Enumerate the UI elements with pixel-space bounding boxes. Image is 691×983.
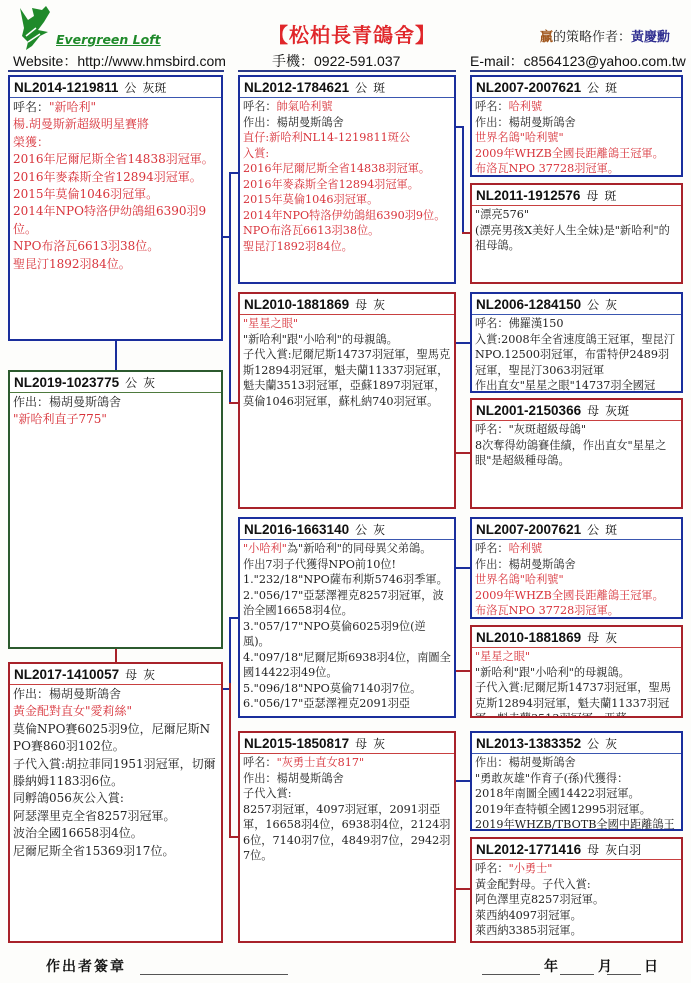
card-text: 波治全國16658羽4位。 (13, 826, 143, 840)
card-line: 楊.胡曼斯新超級明星賽將 (13, 116, 218, 133)
card-text: 呼名： (475, 862, 509, 875)
card-line: 2016年麥森斯全省12894羽冠軍。 (243, 177, 451, 193)
card-text: 聖昆汀1892羽84位。 (13, 257, 131, 271)
card-text: 2009年WHZB全國長距離鴿王冠軍。 (475, 589, 664, 602)
card-text: 莫倫NPO賽6025羽9位，尼爾尼斯NPO賽860羽102位。 (13, 722, 210, 753)
card-text: NPO布洛瓦6613羽38位。 (243, 224, 379, 237)
year-label: 年 (544, 956, 560, 976)
card-line: 作出：楊胡曼斯鴿舍 (475, 755, 678, 771)
card-line: 3."057/17"NPO莫倫6025羽9位(逆風)。 (243, 619, 451, 650)
card-line: 直仔:新哈利NL14-1219811斑公 (243, 130, 451, 146)
card-line: 6."056/17"亞瑟澤裡克2091羽亞 (243, 696, 451, 712)
card-line: 作出直女"星星之眼"14737羽全國冠 (475, 378, 678, 393)
card-header: NL2019-1023775公灰 (10, 372, 221, 393)
card-line: NPO布洛瓦6613羽38位。 (243, 223, 451, 239)
card-text: "漂亮576" (475, 208, 529, 221)
card-body: 作出：楊胡曼斯鴿舍黃金配對直女"愛莉絲"莫倫NPO賽6025羽9位，尼爾尼斯NP… (10, 685, 221, 861)
card-body: 作出：楊胡曼斯鴿舍"新哈利直子775" (10, 393, 221, 430)
card-line: 作出：楊胡曼斯鴿舍 (13, 686, 218, 703)
card-line: 呼名："灰勇士直女817" (243, 755, 451, 771)
card-text: 世界名鴿"哈利號" (475, 131, 564, 144)
card-text: 1."232/18"NPO薩布利斯5746羽季軍。 (243, 573, 448, 586)
card-line: 子代入賞:胡拉菲同1951羽冠軍，切爾滕納姆1183羽6位。 (13, 756, 218, 791)
card-body: 呼名："小勇士"黃金配對母。子代入賞:阿色澤里克8257羽冠軍。萊西納4097羽… (472, 860, 681, 940)
card-text: "新哈利"跟"小哈利"的母親鴿。 (475, 666, 630, 679)
card-text: 阿色澤里克8257羽冠軍。 (475, 893, 604, 906)
color-label: 斑 (604, 189, 616, 203)
author-name: 黃慶勳 (631, 30, 670, 45)
card-line: 8257羽冠軍，4097羽冠軍，2091羽亞軍，16658羽4位，6938羽4位… (243, 802, 451, 864)
card-line: 2009年WHZB全國長距離鴿王冠軍。 (475, 146, 678, 162)
card-header: NL2016-1663140公灰 (240, 519, 454, 540)
color-label: 斑 (373, 81, 385, 95)
color-label: 灰白羽 (605, 843, 641, 857)
ring-number: NL2016-1663140 (244, 522, 349, 537)
ring-number: NL2013-1383352 (476, 736, 581, 751)
card-text: "新哈利直子775" (13, 412, 107, 426)
card-line: 同孵鴿056灰公入賞: (13, 790, 218, 807)
card-text: 布洛瓦NPO 37728羽冠軍。 (475, 162, 619, 175)
sex-label: 公 (587, 81, 599, 95)
sex-label: 公 (124, 81, 136, 95)
ring-number: NL2012-1784621 (244, 80, 349, 95)
card-text: 呼名："灰斑超級母鴿" (475, 423, 586, 436)
pedigree-card-sire-sire: NL2012-1784621公斑 呼名：帥氣哈利號作出：楊胡曼斯鴿舍直仔:新哈利… (238, 75, 456, 284)
pedigree-card-mother: NL2017-1410057母灰 作出：楊胡曼斯鴿舍黃金配對直女"愛莉絲"莫倫N… (8, 662, 223, 943)
card-text: 作出：楊胡曼斯鴿舍 (13, 687, 121, 701)
connector-line (229, 836, 238, 838)
card-line: 呼名：哈利號 (475, 99, 678, 115)
card-line: 1."232/18"NPO薩布利斯5746羽季軍。 (243, 572, 451, 588)
sex-label: 母 (586, 189, 598, 203)
card-header: NL2007-2007621公斑 (472, 519, 681, 540)
pedigree-card-sire-dam: NL2010-1881869母灰 "星星之眼""新哈利"跟"小哈利"的母親鴿。子… (238, 292, 456, 509)
card-line: 5."096/18"NPO莫倫7140羽7位。 (243, 681, 451, 697)
card-header: NL2001-2150366母灰斑 (472, 400, 681, 421)
card-header: NL2013-1383352公灰 (472, 733, 681, 754)
card-line: (漂亮男孩X美好人生全妹)是"新哈利"的祖母鴿。 (475, 223, 678, 254)
card-text: 作出：楊胡曼斯鴿舍 (475, 756, 576, 769)
card-header: NL2010-1881869母灰 (240, 294, 454, 315)
card-line: "漂亮576" (475, 207, 678, 223)
connector-line (229, 172, 231, 404)
card-text: 尼爾尼斯全省15369羽17位。 (13, 844, 174, 858)
card-body: 呼名："灰斑超級母鴿"8次奪得幼鴿賽佳績，作出直女"星星之眼"是超級種母鴿。 (472, 421, 681, 470)
card-line: 2015年莫倫1046羽冠軍。 (243, 192, 451, 208)
card-line: 阿瑟澤里克全省8257羽冠軍。 (13, 808, 218, 825)
card-text: 2015年莫倫1046羽冠軍。 (243, 193, 378, 206)
author-label: 的策略作者： (553, 30, 631, 45)
color-label: 灰 (373, 298, 385, 312)
card-line: 波治全國16658羽4位。 (13, 825, 218, 842)
connector-line (455, 888, 470, 890)
card-text: 作出直女"星星之眼"14737羽全國冠 (475, 379, 655, 392)
ring-number: NL2001-2150366 (476, 403, 581, 418)
card-line: "新哈利直子775" (13, 411, 218, 428)
color-label: 斑 (605, 523, 617, 537)
card-text: 3."057/17"NPO莫倫6025羽9位(逆風)。 (243, 620, 426, 649)
ring-number: NL2007-2007621 (476, 522, 581, 537)
card-text-highlight: 哈利號 (509, 542, 543, 555)
card-text-highlight: "灰勇士直女817" (277, 756, 365, 769)
color-label: 灰 (373, 737, 385, 751)
card-text: 榮獲： (13, 135, 49, 149)
ring-number: NL2006-1284150 (476, 297, 581, 312)
card-text: 阿瑟澤里克全省8257羽冠軍。 (13, 809, 176, 823)
card-line: 世界名鴿"哈利號" (475, 572, 678, 588)
card-text: 2015年莫倫1046羽冠軍。 (13, 187, 158, 201)
card-line: 呼名："小勇士" (475, 861, 678, 877)
card-text: 黃金配對直女"愛莉絲" (13, 704, 132, 718)
connector-line (115, 340, 117, 370)
card-line: 尼爾尼斯全省15369羽17位。 (13, 843, 218, 860)
card-body: 作出：楊胡曼斯鴿舍"勇敢灰雄"作育子(孫)代獲得：2018年南圖全國14422羽… (472, 754, 681, 831)
sex-label: 公 (355, 523, 367, 537)
connector-line (462, 126, 464, 234)
card-body: "小哈利"為"新哈利"的同母異父弟鴿。作出7羽子代獲得NPO前10位!1."23… (240, 540, 454, 713)
ring-number: NL2012-1771416 (476, 842, 581, 857)
card-header: NL2017-1410057母灰 (10, 664, 221, 685)
card-text: 2016年尼爾尼斯全省14838羽冠軍。 (13, 152, 214, 166)
website-text[interactable]: Website：http://www.hmsbird.com (13, 51, 226, 71)
card-text: 2014年NPO特洛伊幼鴿組6390羽9位。 (13, 204, 206, 235)
color-label: 灰 (143, 668, 155, 682)
card-text: 世界名鴿"哈利號" (475, 573, 564, 586)
card-text: 入賞: (243, 147, 269, 160)
card-text: 呼名： (475, 100, 509, 113)
sex-label: 公 (587, 523, 599, 537)
card-line: 呼名：佛羅漢150 (475, 316, 678, 332)
card-text: 2019年查特頓全國12995羽冠軍。 (475, 803, 651, 816)
card-text: 子代入賞:胡拉菲同1951羽冠軍，切爾滕納姆1183羽6位。 (13, 757, 216, 788)
card-text: 呼名： (243, 100, 277, 113)
color-label: 灰斑 (142, 81, 166, 95)
pedigree-card-mmm: NL2012-1771416母灰白羽 呼名："小勇士"黃金配對母。子代入賞:阿色… (470, 837, 683, 943)
ring-number: NL2015-1850817 (244, 736, 349, 751)
card-text: 呼名： (475, 542, 509, 555)
sex-label: 母 (587, 631, 599, 645)
card-line: 呼名："灰斑超級母鴿" (475, 422, 678, 438)
sex-label: 公 (587, 298, 599, 312)
signature-field[interactable] (140, 974, 288, 975)
card-line: "星星之眼" (243, 316, 451, 332)
card-header: NL2011-1912576母斑 (472, 185, 681, 206)
header-divider (8, 70, 224, 72)
color-label: 斑 (605, 81, 617, 95)
card-line: 4."097/18"尼爾尼斯6938羽4位，南圖全國14422羽49位。 (243, 650, 451, 681)
card-line: 作出：楊胡曼斯鴿舍 (13, 394, 218, 411)
card-text: 子代入賞:尼爾尼斯14737羽冠軍，聖馬克斯12894羽冠軍，魁夫蘭11337羽… (243, 348, 450, 408)
connector-line (229, 617, 238, 619)
card-text: 2019年WHZB/TBOTB全國中距離鴿王 (475, 818, 675, 831)
card-line: 黃金配對母。子代入賞: (475, 877, 678, 893)
sex-label: 母 (125, 668, 137, 682)
card-body: 呼名：哈利號作出：楊胡曼斯鴿舍世界名鴿"哈利號"2009年WHZB全國長距離鴿王… (472, 540, 681, 619)
sex-label: 母 (587, 404, 599, 418)
card-line: 2014年NPO特洛伊幼鴿組6390羽9位。 (243, 208, 451, 224)
dove-logo-icon (14, 6, 58, 56)
card-line: 作出：楊胡曼斯鴿舍 (243, 771, 451, 787)
year-field[interactable] (482, 974, 540, 975)
color-label: 灰 (605, 298, 617, 312)
pedigree-card-mmf: NL2013-1383352公灰 作出：楊胡曼斯鴿舍"勇敢灰雄"作育子(孫)代獲… (470, 731, 683, 831)
card-line: 萊西納4097羽冠軍。 (475, 908, 678, 924)
sex-label: 母 (587, 843, 599, 857)
card-text: 作出：楊胡曼斯鴿舍 (13, 395, 121, 409)
card-text: 黃金配對母。子代入賞: (475, 878, 591, 891)
connector-line (455, 780, 470, 782)
card-line: NPO布洛瓦6613羽38位。 (13, 238, 218, 255)
card-text: 8257羽冠軍，4097羽冠軍，2091羽亞軍，16658羽4位，6938羽4位… (243, 803, 450, 863)
card-text: "小哈利" (243, 542, 287, 555)
ring-number: NL2010-1881869 (476, 630, 581, 645)
card-text: 6."056/17"亞瑟澤裡克2091羽亞 (243, 697, 410, 710)
card-header: NL2006-1284150公灰 (472, 294, 681, 315)
card-line: 8次奪得幼鴿賽佳績，作出直女"星星之眼"是超級種母鴿。 (475, 438, 678, 469)
card-text-highlight: "小勇士" (509, 862, 553, 875)
card-line: 2019年查特頓全國12995羽冠軍。 (475, 802, 678, 818)
card-text: 8次奪得幼鴿賽佳績，作出直女"星星之眼"是超級種母鴿。 (475, 439, 666, 468)
card-line: 2016年尼爾尼斯全省14838羽冠軍。 (243, 161, 451, 177)
card-line: "小哈利"為"新哈利"的同母異父弟鴿。 (243, 541, 451, 557)
card-line: 子代入賞:尼爾尼斯14737羽冠軍，聖馬克斯12894羽冠軍，魁夫蘭11337羽… (475, 680, 678, 718)
signature-label: 作出者簽章 (46, 956, 126, 976)
card-text: 萊西納3385羽冠軍。 (475, 924, 582, 937)
card-text: "星星之眼" (243, 317, 298, 330)
card-line: 2019年WHZB/TBOTB全國中距離鴿王 (475, 817, 678, 831)
card-text: 5."096/18"NPO莫倫7140羽7位。 (243, 682, 421, 695)
pedigree-card-mfm: NL2010-1881869母灰 "星星之眼""新哈利"跟"小哈利"的母親鴿。子… (470, 625, 683, 718)
card-body: 呼名："灰勇士直女817"作出：楊胡曼斯鴿舍子代入賞:8257羽冠軍，4097羽… (240, 754, 454, 865)
card-text: 呼名： (13, 100, 49, 114)
card-line: 作出：楊胡曼斯鴿舍 (475, 115, 678, 131)
sex-label: 公 (355, 81, 367, 95)
card-header: NL2010-1881869母灰 (472, 627, 681, 648)
card-text-highlight: 為"新哈利"的同母異父弟鴿。 (287, 542, 432, 555)
connector-line (115, 648, 117, 662)
connector-line (462, 232, 470, 234)
card-text: 4."097/18"尼爾尼斯6938羽4位，南圖全國14422羽49位。 (243, 651, 451, 680)
card-line: 萊西納3385羽冠軍。 (475, 923, 678, 939)
ring-number: NL2011-1912576 (476, 188, 580, 203)
card-body: 呼名："新哈利"楊.胡曼斯新超級明星賽將榮獲：2016年尼爾尼斯全省14838羽… (10, 98, 221, 274)
card-text: 作出7羽子代獲得NPO前10位! (243, 558, 396, 571)
card-text: 子代入賞: (243, 787, 292, 800)
card-text: 呼名： (243, 756, 277, 769)
card-text: 作出：楊胡曼斯鴿舍 (243, 116, 344, 129)
card-text: 2016年尼爾尼斯全省14838羽冠軍。 (243, 162, 430, 175)
card-line: 黃金配對直女"愛莉絲" (13, 703, 218, 720)
ring-number: NL2019-1023775 (14, 375, 119, 390)
ring-number: NL2014-1219811 (14, 80, 118, 95)
card-line: 2016年尼爾尼斯全省14838羽冠軍。 (13, 151, 218, 168)
color-label: 灰 (143, 376, 155, 390)
pedigree-card-fff: NL2007-2007621公斑 呼名：哈利號作出：楊胡曼斯鴿舍世界名鴿"哈利號… (470, 75, 683, 177)
card-body: 呼名：哈利號作出：楊胡曼斯鴿舍世界名鴿"哈利號"2009年WHZB全國長距離鴿王… (472, 98, 681, 177)
pedigree-card-dam-dam: NL2015-1850817母灰 呼名："灰勇士直女817"作出：楊胡曼斯鴿舍子… (238, 731, 456, 943)
pedigree-card-mff: NL2007-2007621公斑 呼名：哈利號作出：楊胡曼斯鴿舍世界名鴿"哈利號… (470, 517, 683, 619)
card-line: 聖昆汀1892羽84位。 (243, 239, 451, 255)
card-text: "勇敢灰雄"作育子(孫)代獲得： (475, 772, 628, 785)
card-header: NL2015-1850817母灰 (240, 733, 454, 754)
connector-line (229, 402, 238, 404)
card-header: NL2012-1784621公斑 (240, 77, 454, 98)
card-line: 2018年南圖全國14422羽冠軍。 (475, 786, 678, 802)
card-line: 呼名：哈利號 (475, 541, 678, 557)
ring-number: NL2017-1410057 (14, 667, 119, 682)
win-char: 贏 (540, 30, 553, 45)
connector-line (229, 683, 231, 838)
card-text: 萊西納4097羽冠軍。 (475, 909, 582, 922)
card-text: 2009年WHZB全國長距離鴿王冠軍。 (475, 147, 664, 160)
card-line: "新哈利"跟"小哈利"的母親鴿。 (475, 665, 678, 681)
sex-label: 公 (125, 376, 137, 390)
connector-line (455, 342, 470, 344)
day-field[interactable] (607, 974, 641, 975)
color-label: 灰斑 (605, 404, 629, 418)
author-credit: 贏的策略作者：黃慶勳 (540, 26, 670, 45)
card-line: 莫倫NPO賽6025羽9位，尼爾尼斯NPO賽860羽102位。 (13, 721, 218, 756)
color-label: 灰 (373, 523, 385, 537)
card-text-highlight: 帥氣哈利號 (277, 100, 333, 113)
sex-label: 母 (355, 298, 367, 312)
card-line: 布洛瓦NPO 37728羽冠軍。 (475, 161, 678, 177)
pedigree-card-dam-sire: NL2016-1663140公灰 "小哈利"為"新哈利"的同母異父弟鴿。作出7羽… (238, 517, 456, 718)
brand-name: Evergreen Loft (56, 32, 161, 47)
card-body: 呼名：帥氣哈利號作出：楊胡曼斯鴿舍直仔:新哈利NL14-1219811斑公入賞:… (240, 98, 454, 255)
card-body: 呼名：佛羅漢150入賞:2008年全省速度鴿王冠軍，聖昆汀NPO.12500羽冠… (472, 315, 681, 393)
ring-number: NL2010-1881869 (244, 297, 349, 312)
card-line: 作出7羽子代獲得NPO前10位! (243, 557, 451, 573)
connector-line (455, 452, 470, 454)
connector-line (455, 567, 470, 569)
card-text: "星星之眼" (475, 650, 530, 663)
month-label: 月 (598, 956, 614, 976)
ring-number: NL2007-2007621 (476, 80, 581, 95)
card-text: 2014年NPO特洛伊幼鴿組6390羽9位。 (243, 209, 445, 222)
card-line: 2."056/17"亞瑟澤裡克8257羽冠軍，波治全國16658羽4位。 (243, 588, 451, 619)
month-field[interactable] (560, 974, 594, 975)
header-divider (238, 70, 456, 72)
card-line: 聖昆汀1892羽84位。 (13, 256, 218, 273)
pedigree-card-father: NL2014-1219811公灰斑 呼名："新哈利"楊.胡曼斯新超級明星賽將榮獲… (8, 75, 223, 341)
card-text: 入賞:2008年全省速度鴿王冠軍，聖昆汀NPO.12500羽冠軍，布雷特伊248… (475, 333, 675, 377)
pedigree-card-subject: NL2019-1023775公灰 作出：楊胡曼斯鴿舍"新哈利直子775" (8, 370, 223, 649)
card-header: NL2014-1219811公灰斑 (10, 77, 221, 98)
card-text: 作出：楊胡曼斯鴿舍 (475, 116, 576, 129)
card-text: 同孵鴿056灰公入賞: (13, 791, 124, 805)
card-line: "星星之眼" (475, 649, 678, 665)
card-body: "星星之眼""新哈利"跟"小哈利"的母親鴿。子代入賞:尼爾尼斯14737羽冠軍，… (472, 648, 681, 718)
card-text: 2016年麥森斯全省12894羽冠軍。 (243, 178, 419, 191)
phone-text: 手機：0922-591.037 (272, 51, 400, 71)
card-line: 2015年莫倫1046羽冠軍。 (13, 186, 218, 203)
card-line: 入賞:2008年全省速度鴿王冠軍，聖昆汀NPO.12500羽冠軍，布雷特伊248… (475, 332, 678, 379)
card-text: 2."056/17"亞瑟澤裡克8257羽冠軍，波治全國16658羽4位。 (243, 589, 444, 618)
sex-label: 公 (587, 737, 599, 751)
card-line: "勇敢灰雄"作育子(孫)代獲得： (475, 771, 678, 787)
card-text-highlight: 哈利號 (509, 100, 543, 113)
card-text: 2016年麥森斯全省12894羽冠軍。 (13, 170, 202, 184)
day-label: 日 (644, 956, 660, 976)
connector-line (455, 670, 470, 672)
connector-line (229, 172, 238, 174)
page-title: 【松柏長青鴿舍】 (268, 19, 436, 48)
card-line: 入賞: (243, 146, 451, 162)
card-line: 2016年麥森斯全省12894羽冠軍。 (13, 169, 218, 186)
card-text: 作出：楊胡曼斯鴿舍 (475, 558, 576, 571)
card-header: NL2012-1771416母灰白羽 (472, 839, 681, 860)
card-line: 子代入賞: (243, 786, 451, 802)
color-label: 灰 (605, 631, 617, 645)
card-line: 2014年NPO特洛伊幼鴿組6390羽9位。 (13, 203, 218, 238)
card-text: 直仔:新哈利NL14-1219811斑公 (243, 131, 410, 144)
card-line: "新哈利"跟"小哈利"的母親鴿。 (243, 332, 451, 348)
card-line: 作出：楊胡曼斯鴿舍 (475, 557, 678, 573)
card-line: 世界名鴿"哈利號" (475, 130, 678, 146)
color-label: 灰 (605, 737, 617, 751)
connector-line (229, 617, 231, 683)
email-text[interactable]: E-mail：c8564123@yahoo.com.tw (470, 51, 686, 71)
card-text-highlight: "新哈利" (49, 100, 96, 114)
pedigree-card-fmm: NL2001-2150366母灰斑 呼名："灰斑超級母鴿"8次奪得幼鴿賽佳績，作… (470, 398, 683, 509)
card-line: 呼名：帥氣哈利號 (243, 99, 451, 115)
card-text: 聖昆汀1892羽84位。 (243, 240, 353, 253)
card-text: 作出：楊胡曼斯鴿舍 (243, 772, 344, 785)
card-text: (漂亮男孩X美好人生全妹)是"新哈利"的祖母鴿。 (475, 224, 670, 253)
header-divider (470, 70, 682, 72)
card-line: 榮獲： (13, 134, 218, 151)
card-text: "新哈利"跟"小哈利"的母親鴿。 (243, 333, 398, 346)
card-text: NPO布洛瓦6613羽38位。 (13, 239, 159, 253)
card-line: 2009年WHZB全國長距離鴿王冠軍。 (475, 588, 678, 604)
card-text: 布洛瓦NPO 37728羽冠軍。 (475, 604, 619, 617)
card-body: "星星之眼""新哈利"跟"小哈利"的母親鴿。子代入賞:尼爾尼斯14737羽冠軍，… (240, 315, 454, 410)
card-text: 2018年南圖全國14422羽冠軍。 (475, 787, 640, 800)
card-line: 子代入賞:尼爾尼斯14737羽冠軍，聖馬克斯12894羽冠軍，魁夫蘭11337羽… (243, 347, 451, 409)
card-line: 阿色澤里克8257羽冠軍。 (475, 892, 678, 908)
pedigree-card-ffm: NL2011-1912576母斑 "漂亮576"(漂亮男孩X美好人生全妹)是"新… (470, 183, 683, 284)
card-line: 布洛瓦NPO 37728羽冠軍。 (475, 603, 678, 619)
pedigree-card-fmf: NL2006-1284150公灰 呼名：佛羅漢150入賞:2008年全省速度鴿王… (470, 292, 683, 393)
card-line: 作出：楊胡曼斯鴿舍 (243, 115, 451, 131)
card-text: 子代入賞:尼爾尼斯14737羽冠軍，聖馬克斯12894羽冠軍，魁夫蘭11337羽… (475, 681, 671, 718)
card-line: 呼名："新哈利" (13, 99, 218, 116)
card-body: "漂亮576"(漂亮男孩X美好人生全妹)是"新哈利"的祖母鴿。 (472, 206, 681, 255)
card-text: 楊.胡曼斯新超級明星賽將 (13, 117, 149, 131)
card-header: NL2007-2007621公斑 (472, 77, 681, 98)
card-text: 呼名：佛羅漢150 (475, 317, 563, 330)
sex-label: 母 (355, 737, 367, 751)
